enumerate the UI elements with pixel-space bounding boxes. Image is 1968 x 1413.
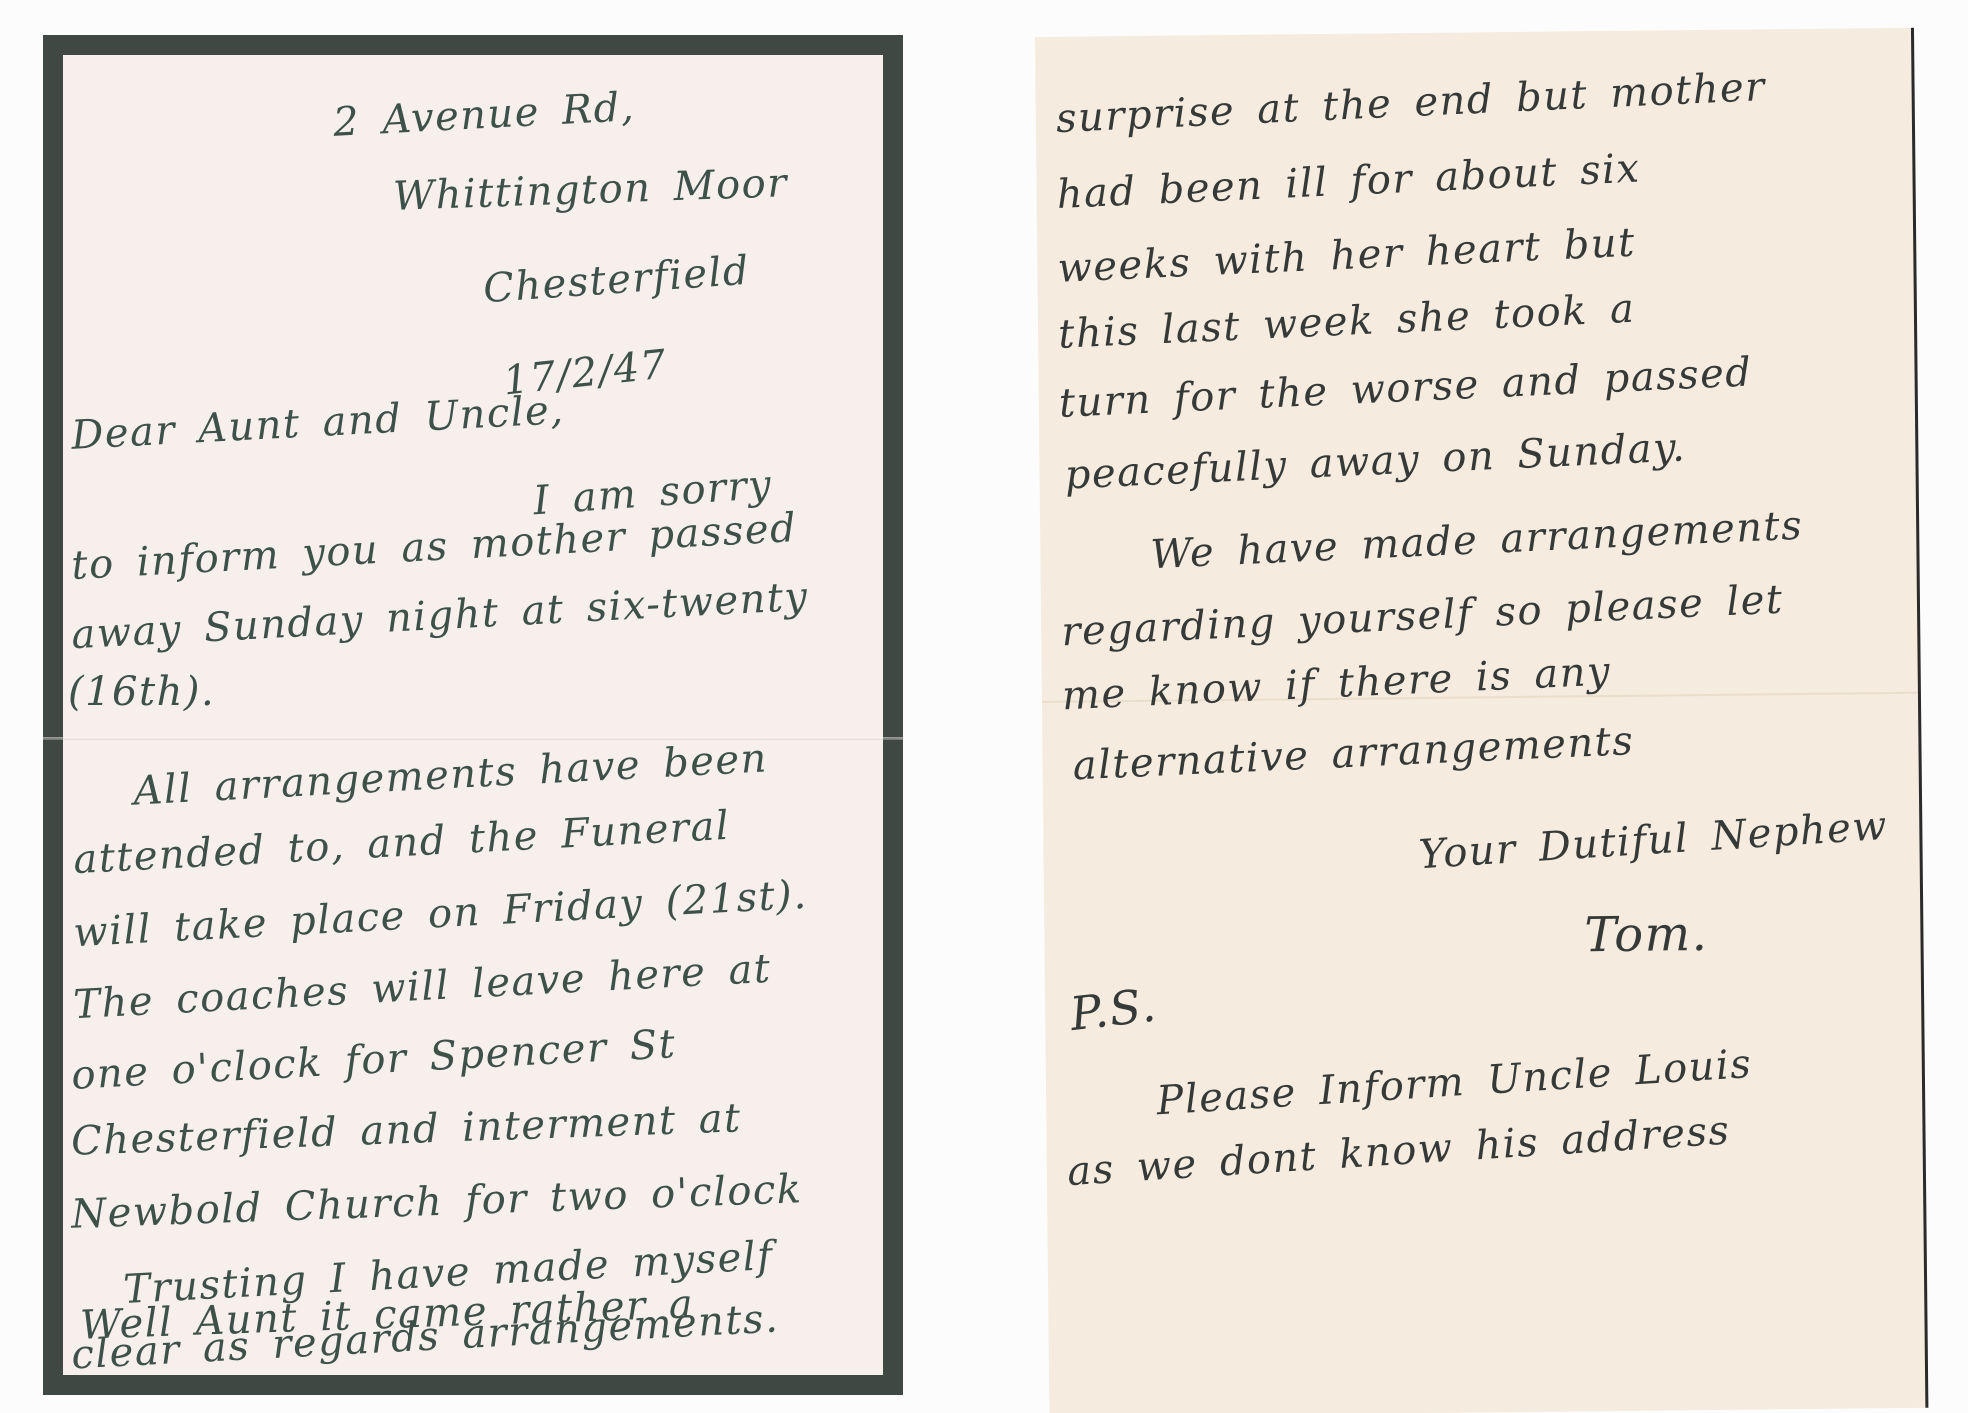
body-line: weeks with her heart but xyxy=(1057,223,1637,289)
body-line: one o'clock for Spencer St xyxy=(70,1024,677,1096)
body-line: to inform you as mother passed xyxy=(70,508,798,586)
letter-page-1: 2 Avenue Rd, Whittington Moor Chesterfie… xyxy=(43,35,903,1395)
body-line: turn for the worse and passed xyxy=(1058,352,1753,423)
letter-page-2: surprise at the end but mother had been … xyxy=(1035,28,1928,1413)
body-line: The coaches will leave here at xyxy=(72,949,772,1026)
closing: Your Dutiful Nephew xyxy=(1418,806,1889,875)
page-1-paper: 2 Avenue Rd, Whittington Moor Chesterfie… xyxy=(63,55,883,1375)
body-line: regarding yourself so please let xyxy=(1061,580,1785,653)
postscript-line: Please Inform Uncle Louis xyxy=(1155,1044,1753,1121)
address-line-1: 2 Avenue Rd, xyxy=(332,87,636,143)
body-line: All arrangements have been xyxy=(132,738,768,811)
salutation: Dear Aunt and Uncle, xyxy=(70,390,565,456)
body-line: We have made arrangements xyxy=(1150,506,1804,576)
body-line: attended to, and the Funeral xyxy=(72,806,731,880)
body-line: alternative arrangements xyxy=(1072,721,1635,786)
fold-crease xyxy=(43,737,903,740)
body-line: Newbold Church for two o'clock xyxy=(71,1169,804,1235)
body-line: away Sunday night at six-twenty xyxy=(70,577,809,656)
body-line: will take place on Friday (21st). xyxy=(72,875,808,953)
body-line: (16th). xyxy=(68,672,215,712)
body-line: Chesterfield and interment at xyxy=(71,1098,743,1161)
body-line: peacefully away on Sunday. xyxy=(1064,427,1687,495)
body-line: surprise at the end but mother xyxy=(1055,67,1766,139)
body-line: this last week she took a xyxy=(1057,289,1636,355)
postscript-label: P.S. xyxy=(1068,981,1159,1037)
address-line-3: Chesterfield xyxy=(482,251,751,310)
body-line: me know if there is any xyxy=(1061,651,1612,716)
signature: Tom. xyxy=(1584,910,1708,959)
address-line-2: Whittington Moor xyxy=(392,163,788,217)
body-line: had been ill for about six xyxy=(1056,148,1641,214)
